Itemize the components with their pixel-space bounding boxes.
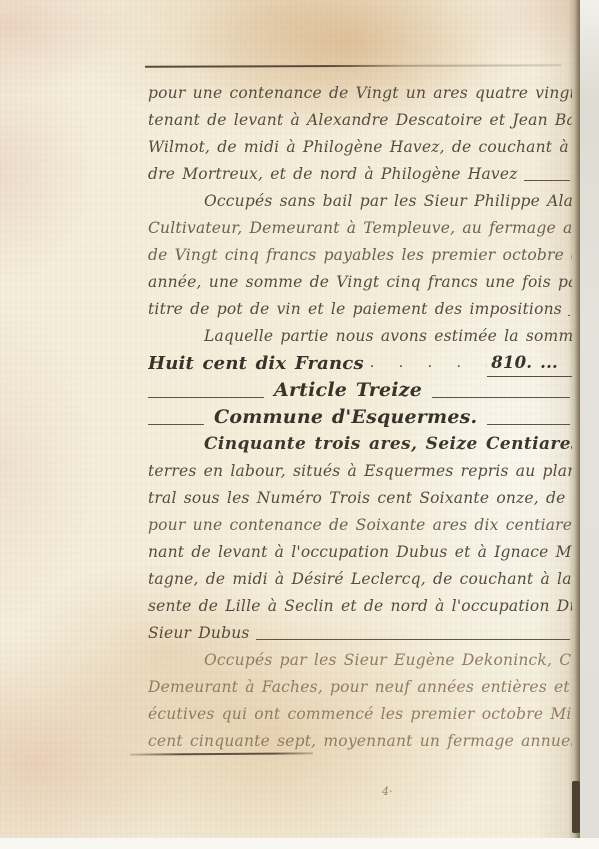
valuation-amount: 810. ... bbox=[487, 350, 572, 377]
manuscript-line: Cultivateur, Demeurant à Templeuve, au f… bbox=[148, 215, 572, 242]
manuscript-line: Sieur Dubus bbox=[148, 620, 250, 647]
manuscript-line: Occupés par les Sieur Eugène Dekoninck, … bbox=[148, 647, 572, 674]
manuscript-line: terres en labour, situés à Esquermes rep… bbox=[148, 458, 572, 485]
commune-heading-row: Commune d'Esquermes. bbox=[148, 404, 572, 431]
scanned-manuscript-page: pour une contenance de Vingt un ares qua… bbox=[0, 0, 599, 849]
manuscript-line: Laquelle partie nous avons estimée la so… bbox=[148, 323, 572, 350]
manuscript-line: cent cinquante sept, moyennant un fermag… bbox=[148, 728, 572, 755]
article-heading-row: Article Treize bbox=[148, 377, 572, 404]
manuscript-line-with-rule: Sieur Dubus bbox=[148, 620, 572, 647]
manuscript-line: tagne, de midi à Désiré Leclercq, de cou… bbox=[148, 566, 572, 593]
filler-rule bbox=[148, 424, 204, 425]
manuscript-line: dre Mortreux, et de nord à Philogène Hav… bbox=[148, 161, 518, 188]
filler-rule bbox=[487, 424, 570, 425]
manuscript-line: année, une somme de Vingt cinq francs un… bbox=[148, 269, 572, 296]
manuscript-line: écutives qui ont commencé les premier oc… bbox=[148, 701, 572, 728]
binding-dark-mark bbox=[572, 781, 580, 833]
manuscript-line: pour une contenance de Soixante ares dix… bbox=[148, 512, 572, 539]
manuscript-line: nant de levant à l'occupation Dubus et à… bbox=[148, 539, 572, 566]
manuscript-line: de Vingt cinq francs payables les premie… bbox=[148, 242, 572, 269]
manuscript-line-with-rule: dre Mortreux, et de nord à Philogène Hav… bbox=[148, 161, 572, 188]
valuation-line: Huit cent dix Francs . . . . . . 810. ..… bbox=[148, 350, 572, 377]
filler-rule bbox=[256, 639, 570, 640]
scan-background-strip bbox=[580, 0, 599, 840]
manuscript-line: Demeurant à Faches, pour neuf années ent… bbox=[148, 674, 572, 701]
scan-bottom-strip bbox=[0, 838, 599, 849]
leader-dots: . . . . . . bbox=[364, 350, 487, 377]
manuscript-text: pour une contenance de Vingt un ares qua… bbox=[148, 80, 572, 755]
ink-speck: 4· bbox=[382, 785, 393, 798]
manuscript-line: Wilmot, de midi à Philogène Havez, de co… bbox=[148, 134, 572, 161]
filler-rule bbox=[148, 397, 264, 398]
valuation-words: Huit cent dix Francs bbox=[148, 350, 364, 377]
manuscript-line-with-rule: titre de pot de vin et le paiement des i… bbox=[148, 296, 572, 323]
manuscript-line: titre de pot de vin et le paiement des i… bbox=[148, 296, 562, 323]
commune-heading: Commune d'Esquermes. bbox=[204, 404, 487, 431]
manuscript-line: tenant de levant à Alexandre Descatoire … bbox=[148, 107, 572, 134]
manuscript-line: sente de Lille à Seclin et de nord à l'o… bbox=[148, 593, 572, 620]
manuscript-line: pour une contenance de Vingt un ares qua… bbox=[148, 80, 572, 107]
manuscript-line: Occupés sans bail par les Sieur Philippe… bbox=[148, 188, 572, 215]
filler-rule bbox=[568, 315, 570, 316]
filler-rule bbox=[432, 397, 570, 398]
filler-rule bbox=[524, 180, 570, 181]
article-heading: Article Treize bbox=[264, 377, 432, 404]
manuscript-line: Cinquante trois ares, Seize Centiares de bbox=[148, 431, 572, 458]
manuscript-line: tral sous les Numéro Trois cent Soixante… bbox=[148, 485, 572, 512]
